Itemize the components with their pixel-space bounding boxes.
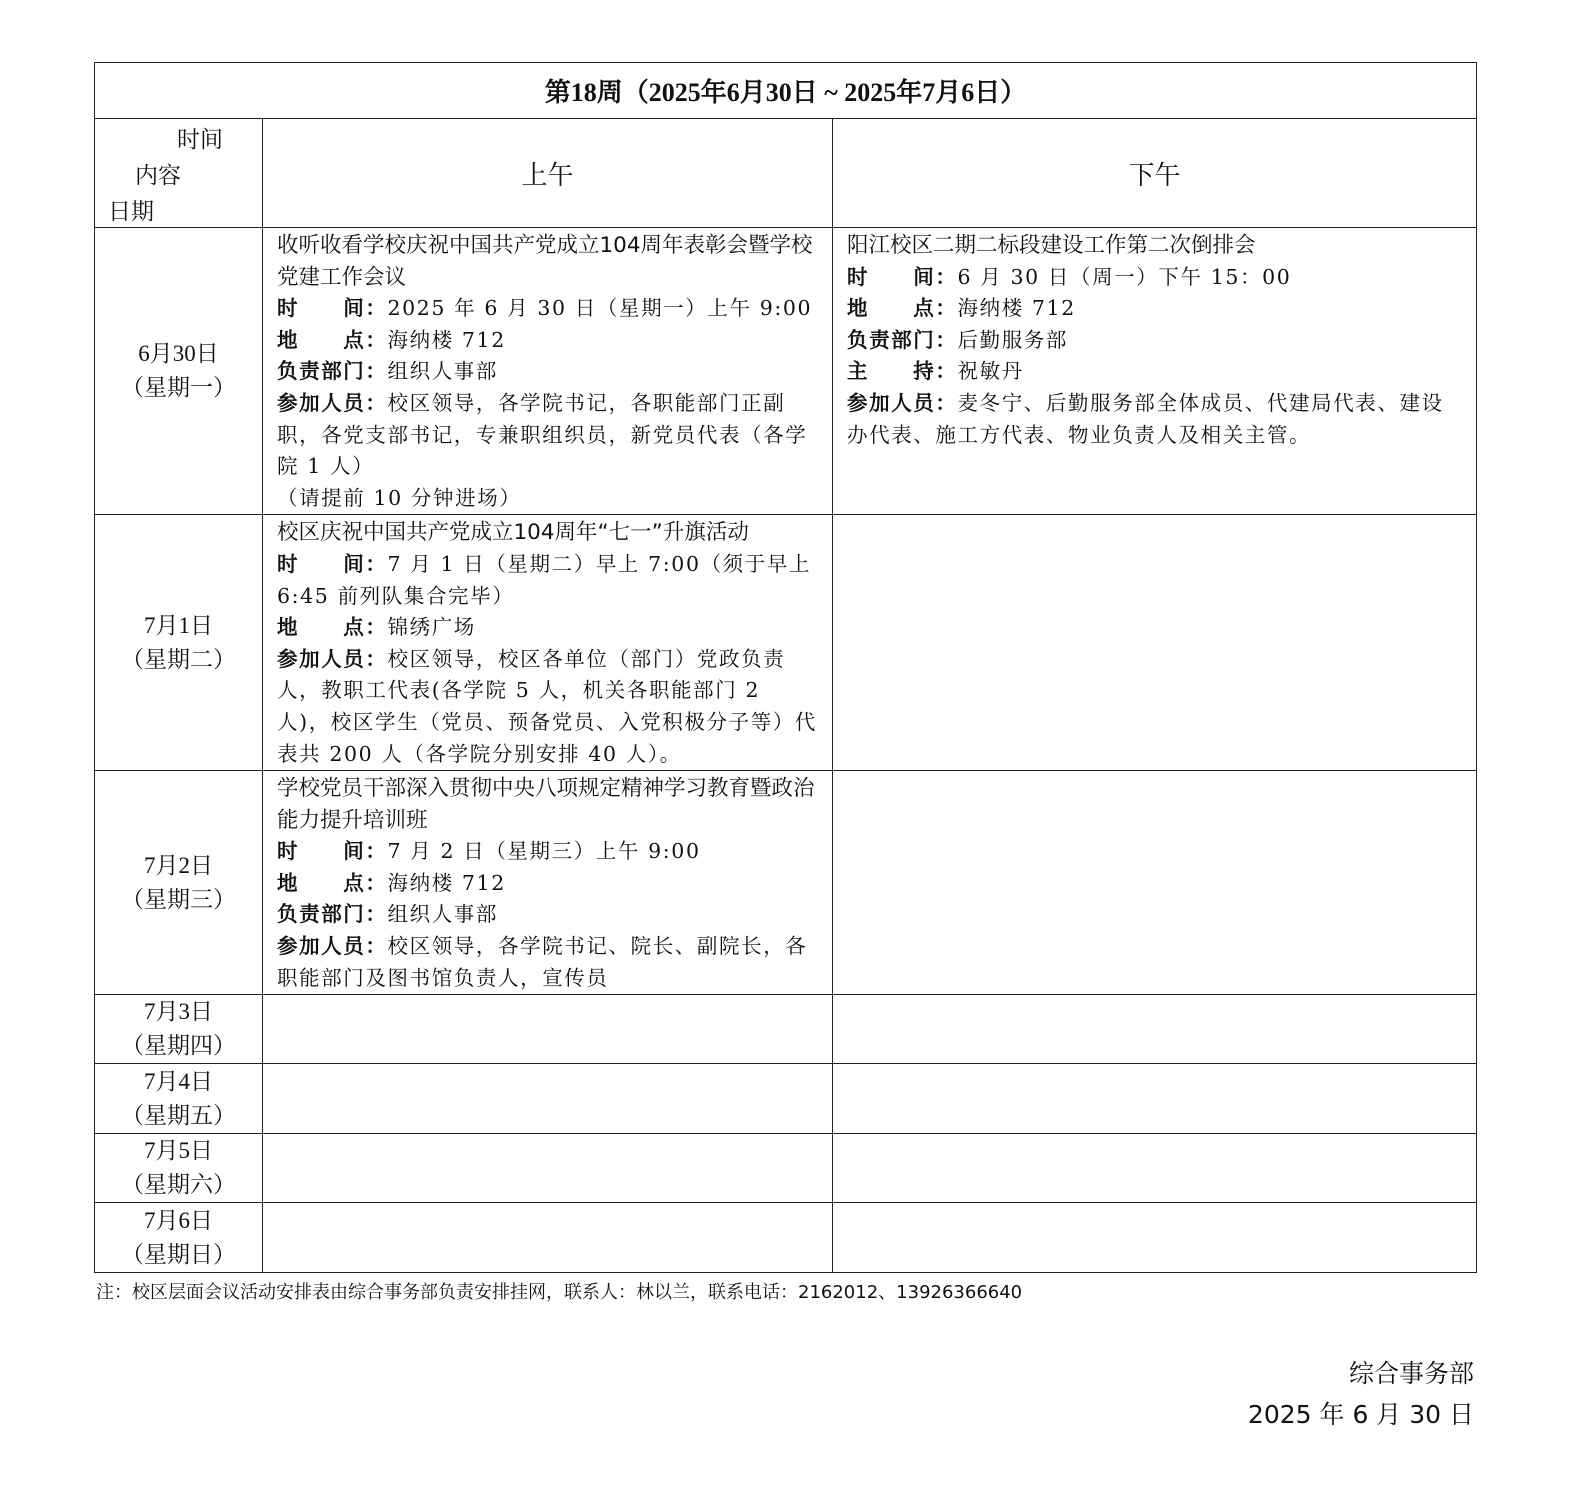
title-row: 第18周（2025年6月30日 ~ 2025年7月6日） [95,63,1477,119]
header-corner-time: 时间 [177,121,223,154]
event-field-place: 地 点：海纳楼 712 [277,325,820,357]
event-field-attendees: 参加人员：麦冬宁、后勤服务部全体成员、代建局代表、建设办代表、施工方代表、物业负… [847,388,1464,451]
event-field-attendees: 参加人员：校区领导，校区各单位（部门）党政负责人，教职工代表(各学院 5 人，机… [277,644,820,770]
weekday-label: （星期二） [95,643,262,677]
weekly-schedule-table: 第18周（2025年6月30日 ~ 2025年7月6日） 时间 内容 日期 上午… [94,62,1477,1273]
weekday-label: （星期五） [95,1099,262,1133]
event-field-place: 地 点：锦绣广场 [277,612,820,644]
morning-event-empty [263,1064,833,1134]
event-field-place: 地 点：海纳楼 712 [277,868,820,900]
morning-event: 学校党员干部深入贯彻中央八项规定精神学习教育暨政治能力提升培训班 时 间：7 月… [263,771,833,995]
date-cell: 7月4日 （星期五） [95,1064,263,1134]
weekday-label: （星期日） [95,1238,262,1272]
table-row: 6月30日 （星期一） 收听收看学校庆祝中国共产党成立104周年表彰会暨学校党建… [95,228,1477,515]
header-row: 时间 内容 日期 上午 下午 [95,119,1477,228]
event-title: 阳江校区二期二标段建设工作第二次倒排会 [847,230,1464,262]
table-row: 7月4日 （星期五） [95,1064,1477,1134]
table-row: 7月1日 （星期二） 校区庆祝中国共产党成立104周年“七一”升旗活动 时 间：… [95,515,1477,771]
date-label: 7月3日 [95,995,262,1029]
weekday-label: （星期四） [95,1029,262,1063]
date-cell: 6月30日 （星期一） [95,228,263,515]
header-afternoon: 下午 [833,119,1477,228]
morning-event-empty [263,1134,833,1203]
afternoon-event-empty [833,1203,1477,1273]
header-morning: 上午 [263,119,833,228]
morning-event: 校区庆祝中国共产党成立104周年“七一”升旗活动 时 间：7 月 1 日（星期二… [263,515,833,771]
table-row: 7月3日 （星期四） [95,995,1477,1064]
event-field-time: 时 间：7 月 1 日（星期二）早上 7:00（须于早上 6:45 前列队集合完… [277,549,820,612]
table-row: 7月5日 （星期六） [95,1134,1477,1203]
event-field-department: 负责部门：组织人事部 [277,356,820,388]
date-label: 7月4日 [95,1065,262,1099]
table-row: 7月6日 （星期日） [95,1203,1477,1273]
date-cell: 7月1日 （星期二） [95,515,263,771]
footnote: 注：校区层面会议活动安排表由综合事务部负责安排挂网，联系人：林以兰，联系电话：2… [96,1278,1022,1304]
signature-date: 2025 年 6 月 30 日 [1248,1395,1474,1431]
afternoon-event-empty [833,1064,1477,1134]
event-field-attendees: 参加人员：校区领导，各学院书记、院长、副院长，各职能部门及图书馆负责人，宣传员 [277,931,820,994]
event-field-time: 时 间：2025 年 6 月 30 日（星期一）上午 9:00 [277,293,820,325]
signature-department: 综合事务部 [1349,1354,1474,1390]
week-title: 第18周（2025年6月30日 ~ 2025年7月6日） [95,63,1477,119]
weekday-label: （星期六） [95,1168,262,1202]
afternoon-event-empty [833,1134,1477,1203]
table-row: 7月2日 （星期三） 学校党员干部深入贯彻中央八项规定精神学习教育暨政治能力提升… [95,771,1477,995]
event-title: 收听收看学校庆祝中国共产党成立104周年表彰会暨学校党建工作会议 [277,230,820,293]
afternoon-event-empty [833,995,1477,1064]
weekday-label: （星期三） [95,883,262,917]
event-field-department: 负责部门：组织人事部 [277,899,820,931]
afternoon-event: 阳江校区二期二标段建设工作第二次倒排会 时 间：6 月 30 日（周一）下午 1… [833,228,1477,515]
date-label: 7月1日 [95,609,262,643]
date-cell: 7月5日 （星期六） [95,1134,263,1203]
date-label: 7月6日 [95,1204,262,1238]
header-corner-cell: 时间 内容 日期 [95,119,263,228]
date-cell: 7月6日 （星期日） [95,1203,263,1273]
date-label: 7月5日 [95,1134,262,1168]
afternoon-event-empty [833,771,1477,995]
weekday-label: （星期一） [95,371,262,405]
header-corner-content: 内容 [135,157,181,190]
event-title: 学校党员干部深入贯彻中央八项规定精神学习教育暨政治能力提升培训班 [277,773,820,836]
event-field-host: 主 持：祝敏丹 [847,356,1464,388]
event-title: 校区庆祝中国共产党成立104周年“七一”升旗活动 [277,517,820,549]
afternoon-event-empty [833,515,1477,771]
event-field-department: 负责部门：后勤服务部 [847,325,1464,357]
event-field-attendees: 参加人员：校区领导，各学院书记，各职能部门正副职，各党支部书记，专兼职组织员，新… [277,388,820,483]
morning-event: 收听收看学校庆祝中国共产党成立104周年表彰会暨学校党建工作会议 时 间：202… [263,228,833,515]
date-label: 6月30日 [95,337,262,371]
date-label: 7月2日 [95,849,262,883]
event-field-time: 时 间：7 月 2 日（星期三）上午 9:00 [277,836,820,868]
date-cell: 7月2日 （星期三） [95,771,263,995]
header-corner-date: 日期 [108,193,154,226]
morning-event-empty [263,1203,833,1273]
date-cell: 7月3日 （星期四） [95,995,263,1064]
event-extra-note: （请提前 10 分钟进场） [277,483,820,515]
event-field-time: 时 间：6 月 30 日（周一）下午 15：00 [847,262,1464,294]
morning-event-empty [263,995,833,1064]
event-field-place: 地 点：海纳楼 712 [847,293,1464,325]
